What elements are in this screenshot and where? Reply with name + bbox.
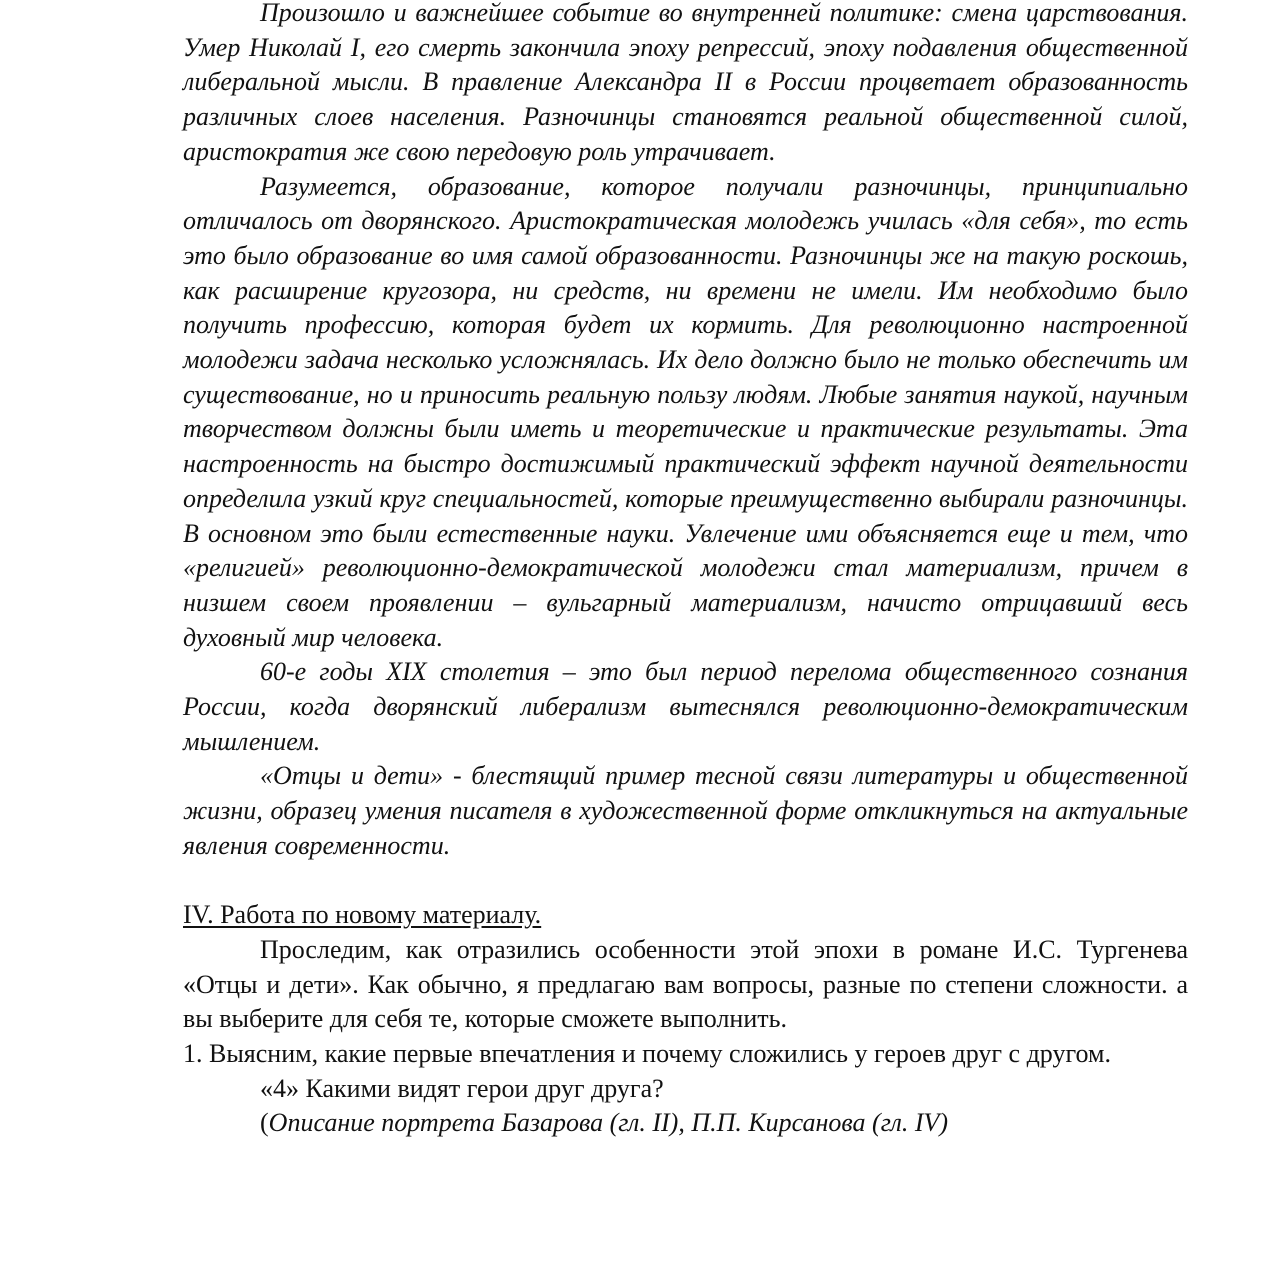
paragraph-intro: Проследим, как отразились особенности эт… (183, 933, 1188, 1037)
task-note-text: Описание портрета Базарова (гл. II), П.П… (269, 1108, 948, 1137)
subquestion-4: «4» Какими видят герои друг друга? (183, 1072, 1188, 1107)
section-heading: IV. Работа по новому материалу. (183, 898, 1188, 933)
task-note-paren: ( (260, 1108, 269, 1137)
blank-line (183, 864, 1188, 899)
document-page: Произошло и важнейшее событие во внутрен… (183, 0, 1188, 1141)
paragraph-fathers-and-sons: «Отцы и дети» - блестящий пример тесной … (183, 759, 1188, 863)
paragraph-reign-change: Произошло и важнейшее событие во внутрен… (183, 0, 1188, 170)
question-1: 1. Выясним, какие первые впечатления и п… (183, 1037, 1188, 1072)
task-note: (Описание портрета Базарова (гл. II), П.… (183, 1106, 1188, 1141)
paragraph-raznochintsy-education: Разумеется, образование, которое получал… (183, 170, 1188, 656)
paragraph-1860s-turning-point: 60-е годы XIX столетия – это был период … (183, 655, 1188, 759)
